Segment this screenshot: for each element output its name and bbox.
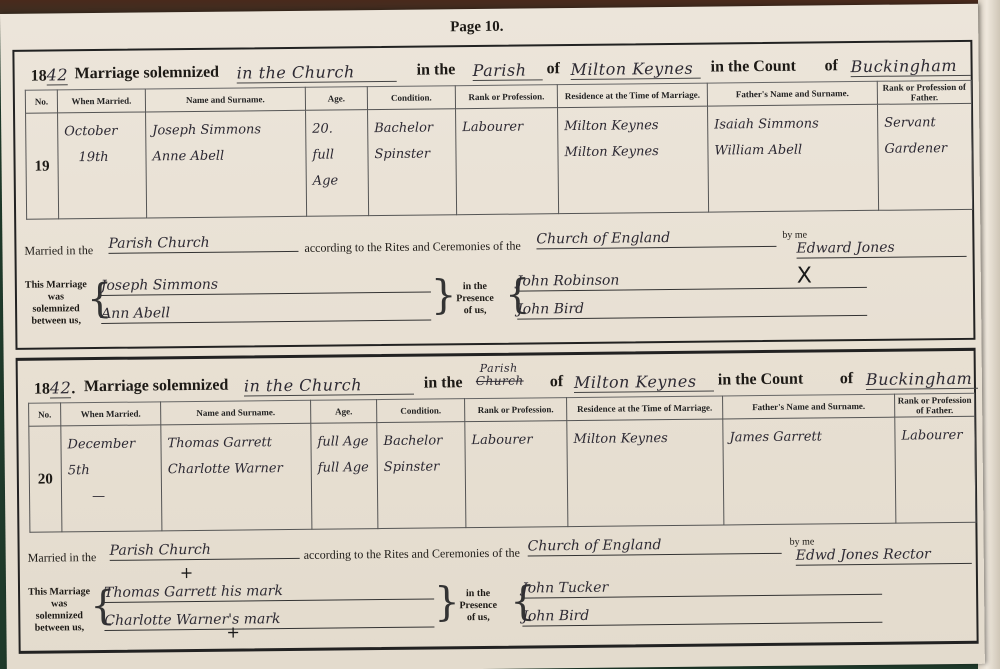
witness-2: John Bird bbox=[517, 297, 867, 320]
residences: Milton Keynes bbox=[567, 419, 724, 527]
of-label: of bbox=[547, 60, 561, 78]
according-label: according to the Rites and Ceremonies of… bbox=[304, 546, 520, 563]
bride-signature: Charlotte Warner's mark bbox=[104, 608, 434, 630]
col-condition: Condition. bbox=[377, 399, 465, 423]
col-father-profession: Rank or Profession of Father. bbox=[877, 80, 971, 104]
ages: full Agefull Age bbox=[311, 423, 378, 530]
solemnized-in: in the Church bbox=[237, 62, 397, 84]
solemnized-in: in the Church bbox=[244, 375, 414, 397]
names: Thomas GarrettCharlotte Warner bbox=[161, 423, 312, 531]
fathers: James Garrett bbox=[723, 417, 896, 525]
bride-signature: Ann Abell bbox=[101, 302, 431, 324]
col-profession: Rank or Profession. bbox=[455, 85, 557, 109]
married-in-value: Parish Church bbox=[108, 233, 298, 254]
register-page: Page 10. 1842 Marriage solemnized in the… bbox=[0, 4, 985, 669]
of-label: of bbox=[550, 373, 564, 391]
marriage-entry: 1842. Marriage solemnized in the Church … bbox=[16, 348, 979, 654]
signature-section: Married in the Parish Church according t… bbox=[19, 529, 976, 655]
col-profession: Rank or Profession. bbox=[465, 398, 567, 422]
in-the-label: in the bbox=[424, 374, 463, 392]
county: Buckingham bbox=[850, 56, 970, 77]
col-when-married: When Married. bbox=[57, 89, 145, 113]
year: 1842. bbox=[34, 378, 76, 398]
marriage-entry: 1842 Marriage solemnized in the Church i… bbox=[12, 40, 975, 350]
witness-1: John Tucker bbox=[522, 576, 882, 599]
married-in-label: Married in the bbox=[24, 243, 93, 259]
entry-number: 20 bbox=[29, 426, 62, 532]
ages: 20.full Age bbox=[306, 110, 369, 217]
table-row: 20 December 5th— Thomas GarrettCharlotte… bbox=[29, 416, 976, 532]
fathers: Isaiah SimmonsWilliam Abell bbox=[708, 104, 879, 212]
officiant: Edwd Jones Rector bbox=[796, 545, 972, 566]
residences: Milton KeynesMilton Keynes bbox=[558, 106, 709, 214]
of-label-2: of bbox=[840, 370, 854, 388]
when-married: December 5th— bbox=[61, 425, 162, 532]
conditions: BachelorSpinster bbox=[377, 422, 466, 529]
col-age: Age. bbox=[311, 400, 377, 424]
married-in-value: Parish Church bbox=[110, 540, 300, 561]
page-title: Page 10. bbox=[450, 19, 504, 37]
married-in-label: Married in the bbox=[28, 550, 97, 566]
col-residence: Residence at the Time of Marriage. bbox=[567, 396, 723, 421]
register-table: No. When Married. Name and Surname. Age.… bbox=[25, 80, 973, 220]
when-married: October19th bbox=[58, 112, 147, 219]
professions: Labourer bbox=[465, 421, 568, 528]
witness-2: John Bird bbox=[522, 604, 882, 627]
signature-section: Married in the Parish Church according t… bbox=[16, 220, 973, 350]
of-label-2: of bbox=[824, 57, 838, 75]
register-table: No. When Married. Name and Surname. Age.… bbox=[28, 393, 976, 533]
conditions: BachelorSpinster bbox=[368, 109, 457, 216]
county: Buckingham bbox=[866, 369, 978, 390]
place: Milton Keynes bbox=[571, 59, 701, 80]
col-no: No. bbox=[25, 90, 57, 113]
solemnized-label: Marriage solemnized bbox=[75, 64, 220, 84]
place: Milton Keynes bbox=[574, 372, 714, 393]
according-label: according to the Rites and Ceremonies of… bbox=[304, 239, 520, 256]
witness-1: John Robinson bbox=[517, 269, 867, 292]
names: Joseph SimmonsAnne Abell bbox=[146, 110, 307, 218]
place-type: Parish bbox=[473, 60, 543, 81]
entry-number: 19 bbox=[26, 113, 59, 219]
place-type-struck: Church bbox=[476, 374, 524, 389]
solemnized-label: Marriage solemnized bbox=[84, 377, 229, 397]
rites-of-value: Church of England bbox=[528, 535, 782, 557]
col-father-name: Father's Name and Surname. bbox=[723, 394, 895, 419]
col-when-married: When Married. bbox=[61, 402, 161, 426]
between-us-label: This Marriagewas solemnizedbetween us, bbox=[23, 279, 89, 328]
father-professions: Labourer bbox=[895, 416, 976, 523]
col-name: Name and Surname. bbox=[161, 400, 311, 425]
county-label: in the Count bbox=[711, 58, 797, 77]
col-age: Age. bbox=[305, 87, 367, 111]
year: 1842 bbox=[31, 65, 69, 85]
witness-mark: X bbox=[797, 264, 812, 289]
table-row: 19 October19th Joseph SimmonsAnne Abell … bbox=[26, 103, 973, 219]
between-us-label: This Marriagewas solemnizedbetween us, bbox=[26, 586, 92, 635]
groom-signature: Joseph Simmons bbox=[101, 274, 431, 296]
groom-cross-mark: + bbox=[180, 563, 194, 582]
col-name: Name and Surname. bbox=[145, 87, 305, 112]
rites-of-value: Church of England bbox=[536, 228, 776, 250]
col-residence: Residence at the Time of Marriage. bbox=[557, 83, 707, 108]
col-condition: Condition. bbox=[367, 86, 455, 110]
officiant: Edward Jones bbox=[796, 238, 966, 259]
county-label: in the Count bbox=[718, 371, 804, 390]
professions: Labourer bbox=[456, 108, 559, 215]
in-the-label: in the bbox=[417, 61, 456, 79]
father-professions: ServantGardener bbox=[877, 103, 972, 210]
col-father-name: Father's Name and Surname. bbox=[707, 81, 877, 106]
col-no: No. bbox=[29, 403, 61, 426]
groom-signature: Thomas Garrett his mark bbox=[104, 580, 434, 602]
presence-label: in thePresenceof us, bbox=[445, 281, 505, 318]
col-father-profession: Rank or Profession of Father. bbox=[895, 393, 975, 417]
bride-cross-mark: + bbox=[226, 623, 240, 642]
presence-label: in thePresenceof us, bbox=[448, 588, 508, 625]
